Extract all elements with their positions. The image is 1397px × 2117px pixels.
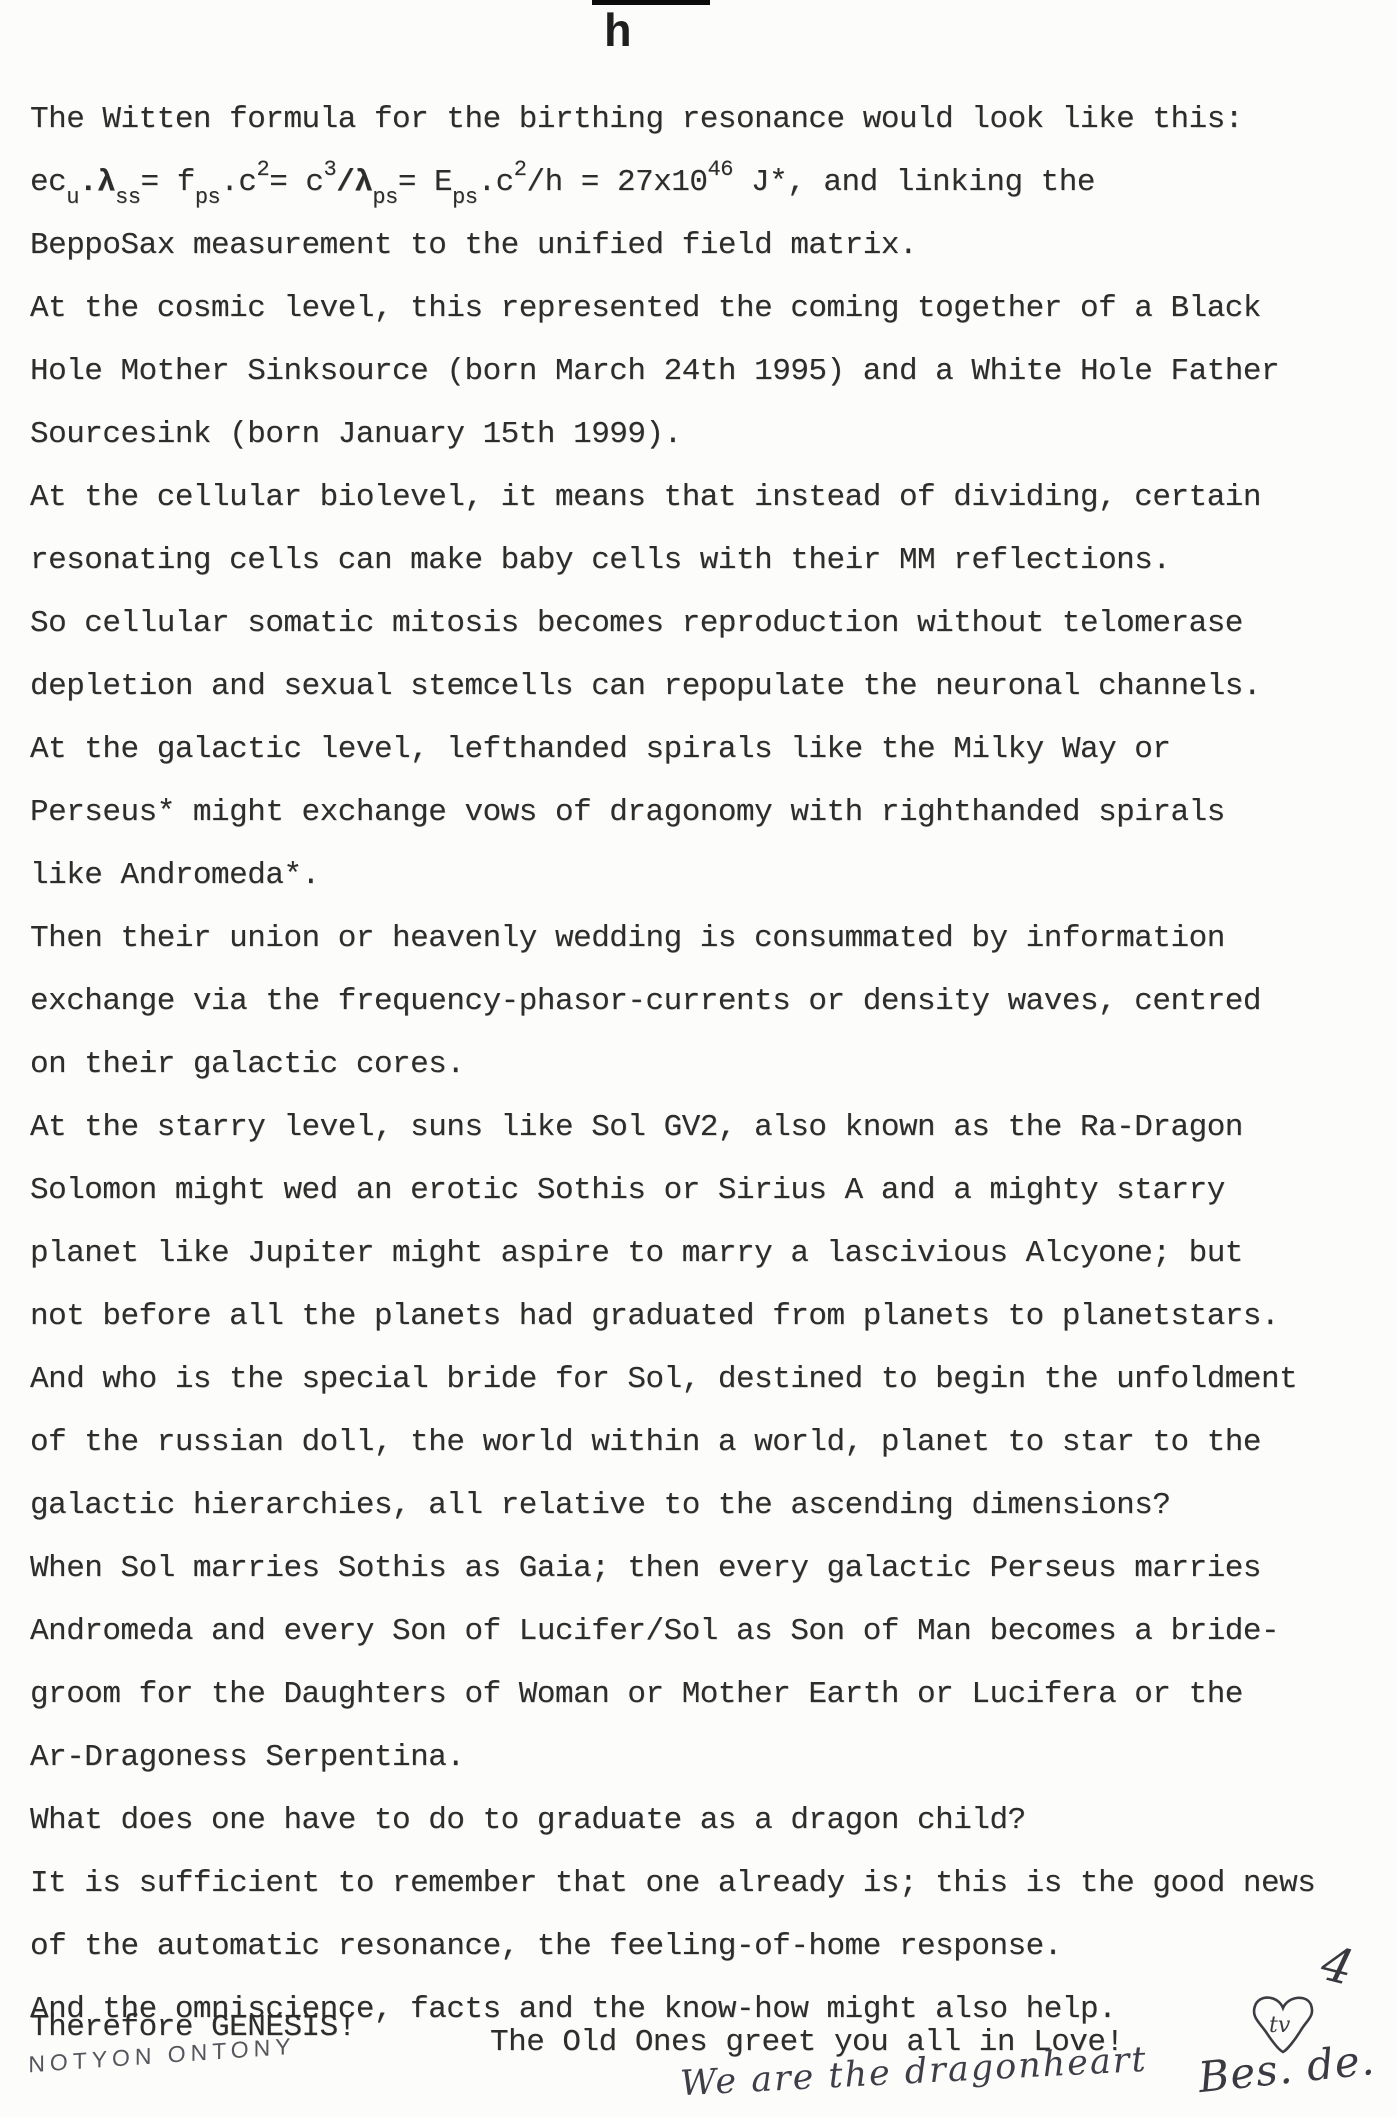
text-line: like Andromeda*.: [30, 844, 1387, 907]
text-line: Ar-Dragoness Serpentina.: [30, 1726, 1387, 1789]
formula-term: .c: [478, 165, 514, 200]
text-line: At the cosmic level, this represented th…: [30, 277, 1387, 340]
text-line: Perseus* might exchange vows of dragonom…: [30, 781, 1387, 844]
page-title: h: [604, 8, 632, 60]
text-line: on their galactic cores.: [30, 1033, 1387, 1096]
formula-term: .c: [220, 165, 256, 200]
formula-term: /λ: [336, 165, 372, 200]
paragraph-lines: BeppoSax measurement to the unified fiel…: [30, 214, 1387, 2041]
formula-superscript: 3: [324, 157, 337, 182]
formula-superscript: 2: [514, 157, 527, 182]
formula-term: = E: [398, 165, 452, 200]
text-line: BeppoSax measurement to the unified fiel…: [30, 214, 1387, 277]
heart-initials: tv: [1269, 2013, 1291, 2038]
formula-subscript: u: [66, 185, 79, 210]
text-line: At the cellular biolevel, it means that …: [30, 466, 1387, 529]
text-line: Hole Mother Sinksource (born March 24th …: [30, 340, 1387, 403]
text-line: What does one have to do to graduate as …: [30, 1789, 1387, 1852]
formula-term: .λ: [79, 165, 115, 200]
text-line: At the galactic level, lefthanded spiral…: [30, 718, 1387, 781]
text-line: depletion and sexual stemcells can repop…: [30, 655, 1387, 718]
text-line: The Witten formula for the birthing reso…: [30, 88, 1387, 151]
formula-line: ecu.λss= fps.c2= c3/λps= Eps.c2/h = 27x1…: [30, 151, 1387, 214]
text-line: galactic hierarchies, all relative to th…: [30, 1474, 1387, 1537]
formula-term: ec: [30, 165, 66, 200]
text-line: groom for the Daughters of Woman or Moth…: [30, 1663, 1387, 1726]
formula-superscript: 2: [256, 157, 269, 182]
text-line: Then their union or heavenly wedding is …: [30, 907, 1387, 970]
text-line: It is sufficient to remember that one al…: [30, 1852, 1387, 1915]
text-line: resonating cells can make baby cells wit…: [30, 529, 1387, 592]
text-line: Sourcesink (born January 15th 1999).: [30, 403, 1387, 466]
formula-term: J*, and linking the: [733, 165, 1095, 200]
text-line: of the automatic resonance, the feeling-…: [30, 1915, 1387, 1978]
formula-term: = f: [141, 165, 195, 200]
text-line: So cellular somatic mitosis becomes repr…: [30, 592, 1387, 655]
typewritten-document-page: h The Witten formula for the birthing re…: [0, 0, 1397, 2117]
text-line: At the starry level, suns like Sol GV2, …: [30, 1096, 1387, 1159]
formula-subscript: ss: [115, 185, 140, 210]
scan-artifact-strip: [592, 0, 710, 5]
formula-superscript: 46: [708, 157, 733, 182]
text-line: Andromeda and every Son of Lucifer/Sol a…: [30, 1600, 1387, 1663]
text-line: not before all the planets had graduated…: [30, 1285, 1387, 1348]
formula-term: /h = 27x10: [526, 165, 707, 200]
formula-term: = c: [269, 165, 323, 200]
formula-subscript: ps: [452, 185, 477, 210]
formula-subscript: ps: [372, 185, 397, 210]
document-body: The Witten formula for the birthing reso…: [30, 88, 1387, 2045]
text-line: And who is the special bride for Sol, de…: [30, 1348, 1387, 1411]
text-line: Solomon might wed an erotic Sothis or Si…: [30, 1159, 1387, 1222]
text-line: exchange via the frequency-phasor-curren…: [30, 970, 1387, 1033]
text-line: planet like Jupiter might aspire to marr…: [30, 1222, 1387, 1285]
heart-doodle-icon: tv: [1246, 1992, 1320, 2058]
formula-subscript: ps: [195, 185, 220, 210]
text-line: of the russian doll, the world within a …: [30, 1411, 1387, 1474]
text-line: When Sol marries Sothis as Gaia; then ev…: [30, 1537, 1387, 1600]
